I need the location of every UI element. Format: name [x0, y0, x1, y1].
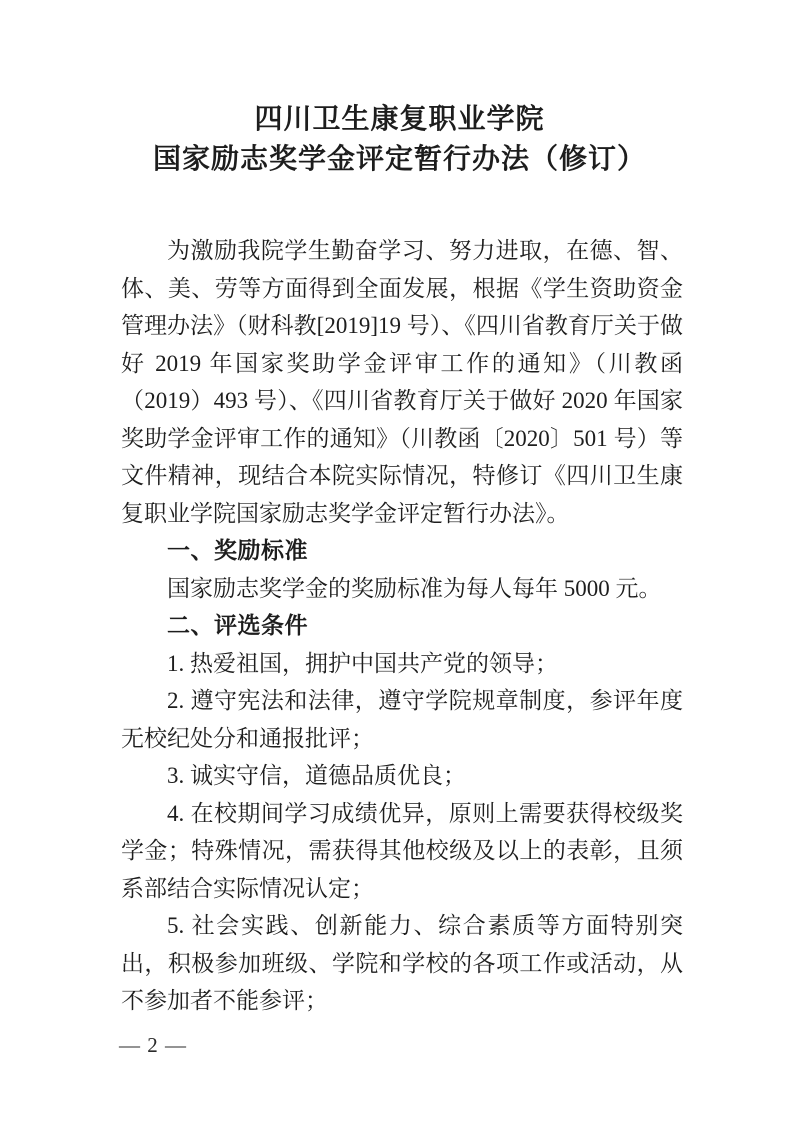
doc-title-line2: 国家励志奖学金评定暂行办法（修订）	[0, 140, 799, 180]
document-body: 为激励我院学生勤奋学习、努力进取，在德、智、体、美、劳等方面得到全面发展，根据《…	[121, 232, 683, 1020]
intro-paragraph: 为激励我院学生勤奋学习、努力进取，在德、智、体、美、劳等方面得到全面发展，根据《…	[121, 232, 683, 532]
section-2-heading: 二、评选条件	[121, 607, 683, 645]
document-page: 四川卫生康复职业学院 国家励志奖学金评定暂行办法（修订） 为激励我院学生勤奋学习…	[0, 0, 799, 1130]
section-1-paragraph: 国家励志奖学金的奖励标准为每人每年 5000 元。	[121, 570, 683, 608]
criteria-item-5: 5. 社会实践、创新能力、综合素质等方面特别突出，积极参加班级、学院和学校的各项…	[121, 907, 683, 1020]
criteria-item-1: 1. 热爱祖国，拥护中国共产党的领导；	[121, 645, 683, 683]
page-number: — 2 —	[119, 1031, 187, 1059]
section-1-heading: 一、奖励标准	[121, 532, 683, 570]
criteria-item-4: 4. 在校期间学习成绩优异，原则上需要获得校级奖学金；特殊情况，需获得其他校级及…	[121, 795, 683, 908]
criteria-item-3: 3. 诚实守信，道德品质优良；	[121, 757, 683, 795]
criteria-item-2: 2. 遵守宪法和法律，遵守学院规章制度，参评年度无校纪处分和通报批评；	[121, 682, 683, 757]
doc-title-line1: 四川卫生康复职业学院	[0, 100, 799, 140]
